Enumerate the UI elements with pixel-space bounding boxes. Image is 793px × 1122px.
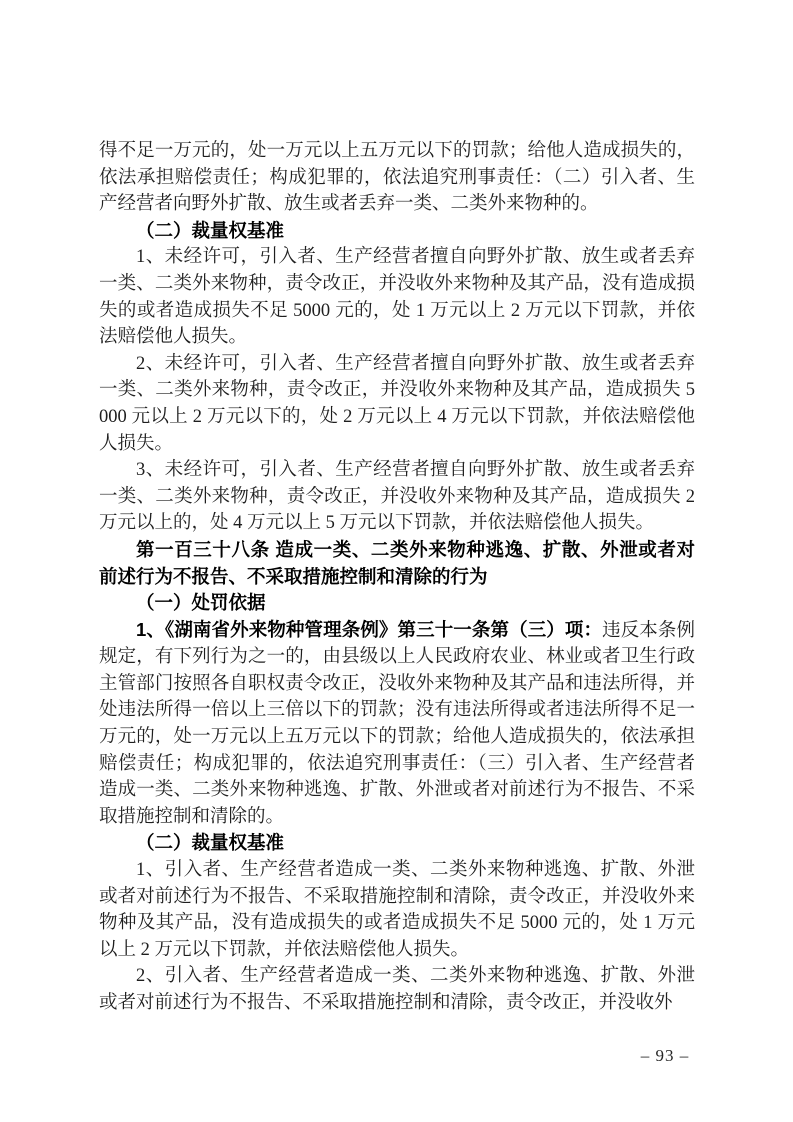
document-page: 得不足一万元的，处一万元以上五万元以下的罚款；给他人造成损失的，依法承担赔偿责任…	[0, 0, 793, 1122]
subheading-penalty-basis: （一）处罚依据	[99, 590, 695, 617]
paragraph-citation-text: 违反本条例规定，有下列行为之一的，由县级以上人民政府农业、林业或者卫生行政主管部…	[99, 621, 695, 827]
document-body: 得不足一万元的，处一万元以上五万元以下的罚款；给他人造成损失的，依法承担赔偿责任…	[99, 138, 695, 1017]
heading-article-138: 第一百三十八条 造成一类、二类外来物种逃逸、扩散、外泄或者对前述行为不报告、不采…	[99, 537, 695, 590]
paragraph-standard-item-3: 3、未经许可，引入者、生产经营者擅自向野外扩散、放生或者丢弃一类、二类外来物种，…	[99, 457, 695, 537]
subheading-discretion-basis-2: （二）裁量权基准	[99, 830, 695, 857]
paragraph-standard-item-2: 2、未经许可，引入者、生产经营者擅自向野外扩散、放生或者丢弃一类、二类外来物种，…	[99, 351, 695, 457]
page-footer: – 93 –	[630, 1046, 700, 1066]
page-number: – 93 –	[641, 1046, 690, 1065]
paragraph-standard-item-1: 1、未经许可，引入者、生产经营者擅自向野外扩散、放生或者丢弃一类、二类外来物种，…	[99, 244, 695, 350]
subheading-discretion-basis-1: （二）裁量权基准	[99, 218, 695, 245]
paragraph-regulation-citation: 1、《湖南省外来物种管理条例》第三十一条第（三）项：违反本条例规定，有下列行为之…	[99, 617, 695, 831]
paragraph-citation-lead: 1、《湖南省外来物种管理条例》第三十一条第（三）项：	[136, 619, 602, 640]
paragraph-standard-item-4: 1、引入者、生产经营者造成一类、二类外来物种逃逸、扩散、外泄或者对前述行为不报告…	[99, 857, 695, 963]
paragraph-penalty-continuation: 得不足一万元的，处一万元以上五万元以下的罚款；给他人造成损失的，依法承担赔偿责任…	[99, 138, 695, 218]
paragraph-standard-item-5-truncated: 2、引入者、生产经营者造成一类、二类外来物种逃逸、扩散、外泄或者对前述行为不报告…	[99, 963, 695, 1016]
